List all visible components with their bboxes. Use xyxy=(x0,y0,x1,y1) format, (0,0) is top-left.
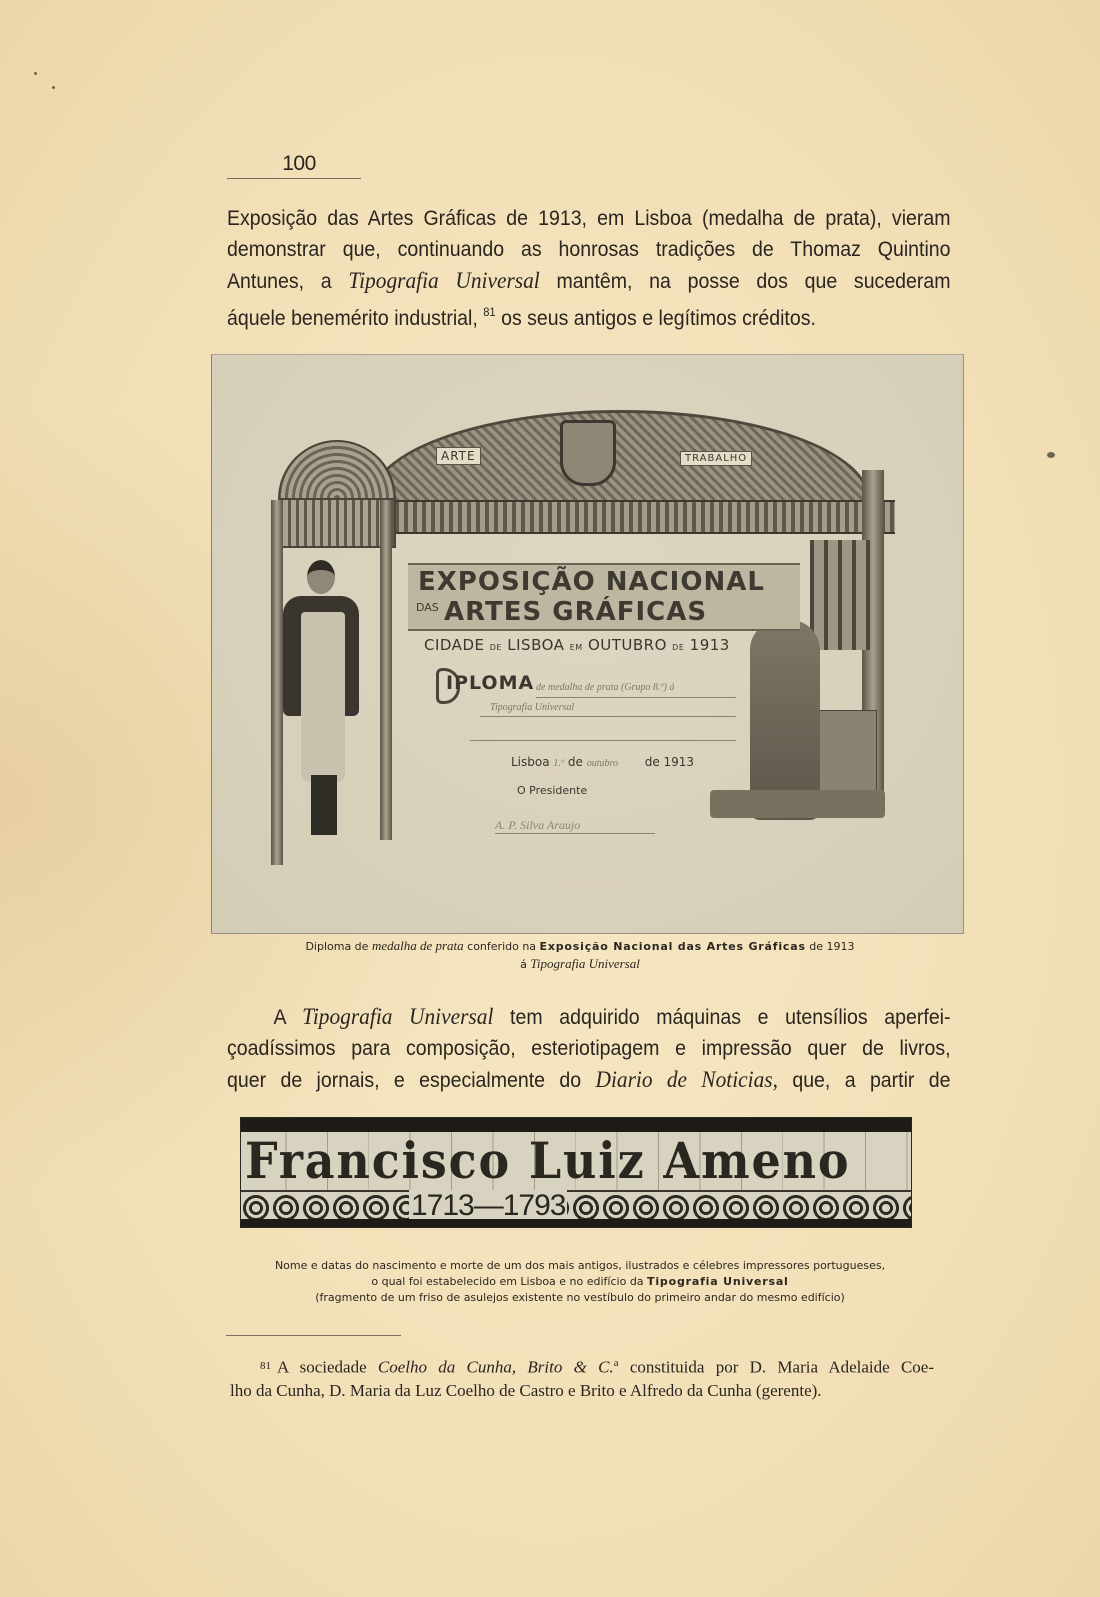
handwritten-day: 1.º xyxy=(553,758,564,769)
text-span: o qual foi estabelecido em Lisboa e no e… xyxy=(371,1275,647,1288)
text-span: constituida por D. Maria Adelaide Coe- xyxy=(619,1358,934,1377)
text-span: OUTUBRO xyxy=(588,636,667,654)
text-span: á xyxy=(520,958,530,971)
caption-line: Nome e datas do nascimento e morte de um… xyxy=(220,1258,940,1274)
footnote-line: lho da Cunha, D. Maria da Luz Coelho de … xyxy=(230,1379,934,1402)
frieze-border xyxy=(241,1118,911,1132)
bold-text: Exposição Nacional das Artes Gráficas xyxy=(540,940,806,953)
text-span: DE xyxy=(672,643,684,652)
tower-capital xyxy=(278,498,396,548)
banner-title-2: ARTES GRÁFICAS xyxy=(444,597,707,627)
diploma-city-date: CIDADE DE LISBOA EM OUTUBRO DE 1913 xyxy=(424,636,730,654)
text-span: CIDADE xyxy=(424,636,484,654)
handwritten-recipient: Tipografia Universal xyxy=(490,702,574,713)
presidente-label: O Presidente xyxy=(517,784,587,797)
ornamental-frieze xyxy=(395,500,895,534)
organ-pipes xyxy=(810,540,870,650)
text-span: áquele benemérito industrial, xyxy=(227,307,483,330)
text-span: de 1913 xyxy=(806,940,855,953)
form-line xyxy=(480,716,736,717)
italic-text: Coelho da Cunha, Brito & C. xyxy=(378,1358,614,1377)
form-line xyxy=(470,740,736,741)
text-span: 1913 xyxy=(690,636,730,654)
column xyxy=(380,500,392,840)
text-span: quer de jornais, e especialmente do xyxy=(227,1069,595,1092)
footnote-divider xyxy=(226,1335,401,1336)
banner-title-1: EXPOSIÇÃO NACIONAL xyxy=(418,567,765,597)
banner-das: DAS xyxy=(416,601,439,614)
italic-title: Tipografia Universal xyxy=(302,1004,493,1029)
caption-line: (fragmento de um friso de asulejos exist… xyxy=(220,1290,940,1306)
footnote-reference[interactable]: 81 xyxy=(483,305,495,319)
text-span: LISBOA xyxy=(507,636,564,654)
text-span: A xyxy=(274,1006,303,1029)
italic-title: Diario de Noticias, xyxy=(595,1067,777,1092)
body-paragraph-1: Exposição das Artes Gráficas de 1913, em… xyxy=(227,203,951,334)
text-line: Antunes, a Tipografia Universal mantêm, … xyxy=(227,265,951,297)
azulejo-frieze: Francisco Luiz Ameno 1713—1793 xyxy=(240,1117,912,1228)
coat-of-arms-icon xyxy=(560,420,616,486)
text-line: Exposição das Artes Gráficas de 1913, em… xyxy=(227,203,951,234)
italic-text: medalha de prata xyxy=(372,938,464,953)
text-line: quer de jornais, e especialmente do Diar… xyxy=(227,1064,951,1096)
worker-legs xyxy=(311,775,337,835)
form-line xyxy=(536,697,736,698)
bold-text: Tipografia Universal xyxy=(647,1275,789,1288)
footnote-marker: 81 xyxy=(260,1360,271,1372)
text-span: os seus antigos e legítimos créditos. xyxy=(496,307,816,330)
figure-caption-1: Diploma de medalha de prata conferido na… xyxy=(220,937,940,973)
page-number: 100 xyxy=(227,152,361,179)
text-span: de xyxy=(568,755,583,769)
exhibition-banner: EXPOSIÇÃO NACIONAL DAS ARTES GRÁFICAS xyxy=(408,563,800,631)
diploma-heading: IPLOMA xyxy=(446,672,534,694)
plinth xyxy=(710,790,885,818)
text-span: Diploma de xyxy=(305,940,372,953)
printer-worker-figure xyxy=(283,560,363,840)
text-span: Lisboa xyxy=(511,755,550,769)
footnote-81: 81A sociedade Coelho da Cunha, Brito & C… xyxy=(230,1352,934,1402)
text-span: mantêm, na posse dos que sucederam xyxy=(540,270,951,293)
paper-speck xyxy=(34,72,37,75)
worker-head xyxy=(307,560,335,594)
text-span: conferido na xyxy=(464,940,540,953)
handwritten-month: outubro xyxy=(587,758,618,769)
text-span: de 1913 xyxy=(645,755,694,769)
text-line: A Tipografia Universal tem adquirido máq… xyxy=(227,1001,951,1033)
italic-title: Tipografia Universal xyxy=(348,268,539,293)
text-line: demonstrar que, continuando as honrosas … xyxy=(227,234,951,265)
scroll-ornament xyxy=(241,1190,911,1222)
printer-name-blackletter: Francisco Luiz Ameno xyxy=(245,1132,909,1190)
worker-apron xyxy=(301,612,345,782)
handwritten-award: de medalha de prata (Grupo 8.º) á xyxy=(536,682,674,693)
president-signature: A. P. Silva Araujo xyxy=(495,818,655,834)
diploma-date-line: Lisboa 1.º de outubro de 1913 xyxy=(511,755,694,769)
body-paragraph-2: A Tipografia Universal tem adquirido máq… xyxy=(227,1001,951,1096)
text-span: Antunes, a xyxy=(227,270,348,293)
paper-speck xyxy=(1047,452,1055,458)
frieze-border xyxy=(241,1219,911,1227)
text-span: EM xyxy=(570,643,583,652)
text-line: çoadíssimos para composição, esteriotipa… xyxy=(227,1033,951,1064)
text-span: A sociedade xyxy=(277,1358,378,1377)
printer-dates: 1713—1793 xyxy=(409,1190,567,1220)
column xyxy=(271,500,283,865)
text-line: áquele benemérito industrial, 81 os seus… xyxy=(227,297,951,334)
text-span: que, a partir de xyxy=(778,1069,951,1092)
book-page: 100 Exposição das Artes Gráficas de 1913… xyxy=(0,0,1100,1597)
caption-line: o qual foi estabelecido em Lisboa e no e… xyxy=(220,1274,940,1290)
tower-dome xyxy=(278,440,396,500)
text-span: tem adquirido máquinas e utensílios aper… xyxy=(493,1006,950,1029)
paper-speck xyxy=(52,86,55,89)
arch-label-trabalho: TRABALHO xyxy=(680,451,752,466)
footnote-line: 81A sociedade Coelho da Cunha, Brito & C… xyxy=(230,1352,934,1379)
text-span: DE xyxy=(490,643,502,652)
figure-caption-2: Nome e datas do nascimento e morte de um… xyxy=(220,1258,940,1306)
italic-text: Tipografia Universal xyxy=(530,956,639,971)
arch-label-arte: ARTE xyxy=(436,447,481,465)
